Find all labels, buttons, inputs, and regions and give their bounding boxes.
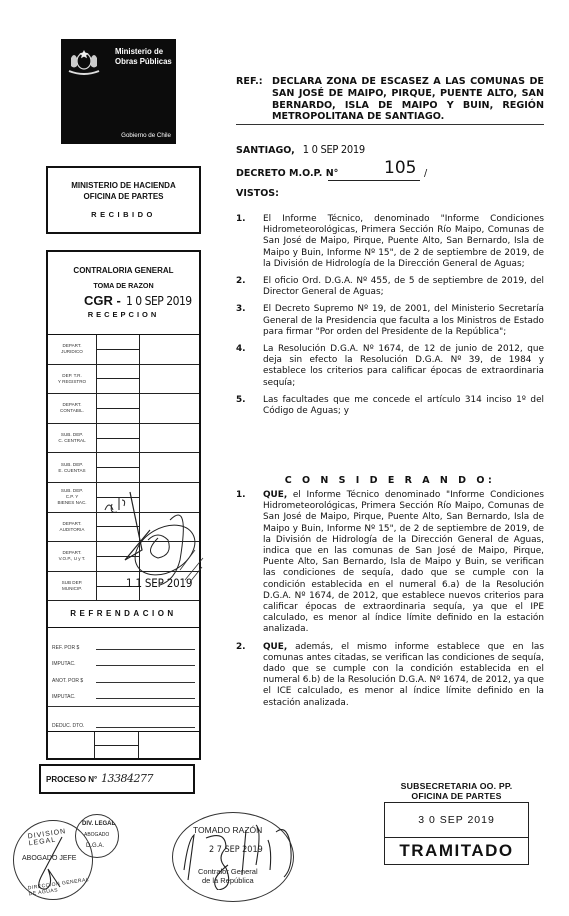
bottom-grid bbox=[48, 731, 199, 758]
city-date-line: SANTIAGO,1 0 SEP 2019 bbox=[236, 143, 365, 156]
department-row: DEP. T.R. Y REGISTRO bbox=[48, 365, 199, 395]
considerando-list: 1.QUE, el Informe Técnico denominado "In… bbox=[236, 490, 544, 715]
ref-line: IMPUTAC. bbox=[52, 651, 195, 668]
municip-date-stamp: 1 1 SEP 2019 bbox=[126, 576, 192, 590]
department-notes-cell bbox=[140, 453, 199, 482]
city-label: SANTIAGO, bbox=[236, 145, 295, 156]
cgr-date-stamp: 1 0 SEP 2019 bbox=[126, 294, 192, 308]
deduc-line: DEDUC. DTO. bbox=[52, 707, 195, 729]
decree-number-line: DECRETO M.O.P. N° 105 / bbox=[236, 158, 456, 180]
considerando-item: 2.QUE, además, el mismo informe establec… bbox=[236, 642, 544, 709]
department-row: SUB. DEP. E. CUENTAS bbox=[48, 453, 199, 483]
vistos-item: 2.El oficio Ord. D.G.A. Nº 455, de 5 de … bbox=[236, 276, 544, 298]
department-notes-cell bbox=[140, 424, 199, 453]
department-label: DEPART. JURIDICO bbox=[48, 335, 97, 364]
department-cell bbox=[97, 542, 140, 571]
department-label: SUB DEP. MUNICIP. bbox=[48, 572, 97, 601]
ref-line: IMPUTAC. bbox=[52, 684, 195, 701]
department-label: DEP. T.R. Y REGISTRO bbox=[48, 365, 97, 394]
department-label: DEPART. CONTABIL. bbox=[48, 394, 97, 423]
department-row: SUB. DEP. C. CENTRAL bbox=[48, 424, 199, 454]
refrendacion-label: REFRENDACION bbox=[48, 601, 199, 628]
department-notes-cell bbox=[140, 335, 199, 364]
decree-slash: / bbox=[424, 168, 427, 179]
department-notes-cell bbox=[140, 394, 199, 423]
department-cell bbox=[97, 483, 140, 512]
subsecretaria-stamp: SUBSECRETARIA OO. PP. OFICINA DE PARTES … bbox=[384, 780, 529, 874]
vistos-title: VISTOS: bbox=[236, 188, 279, 199]
subsecretaria-date: 3 0 SEP 2019 bbox=[384, 803, 529, 838]
hacienda-line1: MINISTERIO DE HACIENDA bbox=[48, 181, 199, 192]
department-cell bbox=[97, 335, 140, 364]
decree-date: 1 0 SEP 2019 bbox=[303, 143, 365, 156]
department-cell bbox=[97, 394, 140, 423]
vistos-item: 5.Las facultades que me concede el artíc… bbox=[236, 395, 544, 417]
department-label: DEPART. V.O.P., U y T. bbox=[48, 542, 97, 571]
department-cell bbox=[97, 453, 140, 482]
department-label: SUB. DEP. C. CENTRAL bbox=[48, 424, 97, 453]
decree-number: 105 bbox=[384, 158, 416, 178]
proceso-box: PROCESO N° 13384277 bbox=[39, 764, 195, 794]
department-row: DEPART. CONTABIL. bbox=[48, 394, 199, 424]
vistos-item: 1.El Informe Técnico, denominado "Inform… bbox=[236, 214, 544, 270]
tramitado-status: TRAMITADO bbox=[384, 838, 529, 865]
proceso-label: PROCESO N° bbox=[46, 775, 97, 784]
ref-line: ANOT. POR $ bbox=[52, 667, 195, 684]
ref-line: REF. POR $ bbox=[52, 634, 195, 651]
ministry-logo: Ministerio de Obras Públicas Gobierno de… bbox=[61, 39, 176, 144]
reference-block: REF.: DECLARA ZONA DE ESCASEZ A LAS COMU… bbox=[236, 76, 544, 123]
ministry-name: Ministerio de Obras Públicas bbox=[115, 47, 172, 66]
department-label: SUB. DEP. C.P. Y BIENES NAC. bbox=[48, 483, 97, 512]
vistos-item: 4.La Resolución D.G.A. Nº 1674, de 12 de… bbox=[236, 344, 544, 389]
contraloria-header: CONTRALORIA GENERAL TOMA DE RAZON CGR - … bbox=[48, 252, 199, 335]
reference-divider bbox=[236, 124, 544, 125]
vistos-item: 3.El Decreto Supremo Nº 19, de 2001, del… bbox=[236, 304, 544, 338]
refrendacion-lines: REF. POR $ IMPUTAC. ANOT. POR $ IMPUTAC.… bbox=[48, 628, 199, 729]
department-row: DEPART. AUDITORIA bbox=[48, 513, 199, 543]
department-cell bbox=[97, 513, 140, 542]
department-row: DEPART. V.O.P., U y T. bbox=[48, 542, 199, 572]
tomado-razon-seal: TOMADO RAZÓN 2 7 SEP 2019 Contralor Gene… bbox=[172, 812, 294, 902]
decree-underline bbox=[328, 180, 420, 181]
reference-label: REF.: bbox=[236, 76, 263, 88]
department-notes-cell bbox=[140, 365, 199, 394]
department-row: DEPART. JURIDICO bbox=[48, 335, 199, 365]
contraloria-title: CONTRALORIA GENERAL bbox=[48, 252, 199, 275]
department-row: SUB. DEP. C.P. Y BIENES NAC. bbox=[48, 483, 199, 513]
department-notes-cell bbox=[140, 542, 199, 571]
contraloria-form: CONTRALORIA GENERAL TOMA DE RAZON CGR - … bbox=[46, 250, 201, 760]
department-cell bbox=[97, 424, 140, 453]
department-notes-cell bbox=[140, 483, 199, 512]
subsecretaria-header: SUBSECRETARIA OO. PP. OFICINA DE PARTES bbox=[384, 780, 529, 803]
proceso-number: 13384277 bbox=[101, 772, 153, 785]
toma-de-razon-label: TOMA DE RAZON bbox=[48, 281, 199, 290]
department-label: DEPART. AUDITORIA bbox=[48, 513, 97, 542]
reference-text: DECLARA ZONA DE ESCASEZ A LAS COMUNAS DE… bbox=[272, 76, 544, 123]
government-label: Gobierno de Chile bbox=[121, 132, 171, 139]
department-cell bbox=[97, 365, 140, 394]
div-legal-small-seal: DIV. LEGAL ABOGADO D.G.A. bbox=[75, 814, 119, 858]
considerando-title: C O N S I D E R A N D O: bbox=[236, 475, 544, 486]
department-rows: DEPART. JURIDICODEP. T.R. Y REGISTRODEPA… bbox=[48, 335, 199, 601]
department-notes-cell bbox=[140, 513, 199, 542]
cgr-prefix: CGR - bbox=[84, 293, 121, 308]
reception-label: RECEPCION bbox=[48, 310, 199, 319]
hacienda-stamp-box: MINISTERIO DE HACIENDA OFICINA DE PARTES… bbox=[46, 166, 201, 234]
considerando-item: 1.QUE, el Informe Técnico denominado "In… bbox=[236, 490, 544, 636]
decree-label: DECRETO M.O.P. N° bbox=[236, 168, 338, 179]
department-label: SUB. DEP. E. CUENTAS bbox=[48, 453, 97, 482]
chile-coat-of-arms-icon bbox=[67, 46, 101, 76]
hacienda-line2: OFICINA DE PARTES bbox=[48, 192, 199, 203]
hacienda-received: RECIBIDO bbox=[48, 210, 199, 219]
vistos-list: 1.El Informe Técnico, denominado "Inform… bbox=[236, 214, 544, 423]
